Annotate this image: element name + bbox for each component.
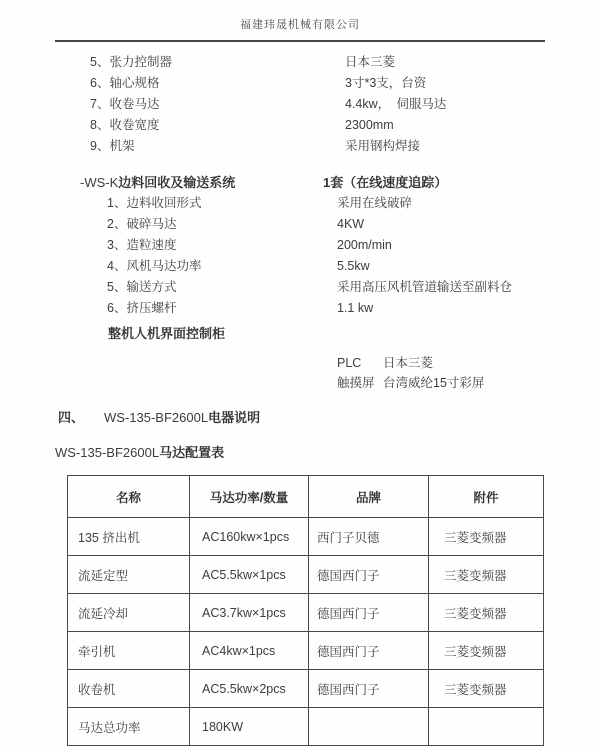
spec-label: 6、轴心规格 xyxy=(90,73,345,94)
edge-recycle-quantity: 1套（在线速度追踪） xyxy=(323,172,447,193)
table-cell xyxy=(429,708,544,746)
section-index: 四、 xyxy=(58,410,84,425)
spec-value: 200m/min xyxy=(337,235,565,256)
hmi-rows: PLC 日本三菱 触摸屏 台湾威纶15寸彩屏 xyxy=(337,354,565,393)
table-cell: 三菱变频器 xyxy=(429,518,544,556)
table-cell: AC160kw×1pcs xyxy=(190,518,309,556)
table-cell: 三菱变频器 xyxy=(429,632,544,670)
spec-label: 9、机架 xyxy=(90,136,345,157)
table-cell: 马达总功率 xyxy=(68,708,190,746)
spec-label: 5、张力控制器 xyxy=(90,52,345,73)
table-cell: AC5.5kw×1pcs xyxy=(190,556,309,594)
spec-row: 5、张力控制器 日本三菱 xyxy=(55,52,565,73)
table-cell: 德国西门子 xyxy=(309,594,429,632)
table-cell: 德国西门子 xyxy=(309,632,429,670)
table-cell: 德国西门子 xyxy=(309,556,429,594)
spec-row: 9、机架 采用钢构焊接 xyxy=(55,136,565,157)
spec-value: 3寸*3支，台资 xyxy=(345,73,565,94)
hmi-row: 触摸屏 台湾威纶15寸彩屏 xyxy=(337,374,565,394)
table-row: 135 挤出机 AC160kw×1pcs 西门子贝德 三菱变频器 xyxy=(68,518,544,556)
hmi-label: PLC xyxy=(337,354,383,374)
spec-row: 6、轴心规格 3寸*3支，台资 xyxy=(55,73,565,94)
table-header-row: 名称 马达功率/数量 品牌 附件 xyxy=(68,476,544,518)
table-header-cell: 附件 xyxy=(429,476,544,518)
hmi-row: PLC 日本三菱 xyxy=(337,354,565,374)
spec-value: 采用高压风机管道输送至副料仓 xyxy=(337,277,565,298)
spec-row: 1、边料收回形式 采用在线破碎 xyxy=(55,193,565,214)
document-page: 福建玮晟机械有限公司 5、张力控制器 日本三菱 6、轴心规格 3寸*3支，台资 … xyxy=(0,0,600,750)
page-header: 福建玮晟机械有限公司 xyxy=(55,0,545,42)
table-cell: 德国西门子 xyxy=(309,670,429,708)
table-header-cell: 马达功率/数量 xyxy=(190,476,309,518)
spec-row: 7、收卷马达 4.4kw， 伺服马达 xyxy=(55,94,565,115)
spec-value: 4KW xyxy=(337,214,565,235)
table-cell: 牵引机 xyxy=(68,632,190,670)
spec-label: 8、收卷宽度 xyxy=(90,115,345,136)
spec-row: 8、收卷宽度 2300mm xyxy=(55,115,565,136)
hmi-value: 台湾威纶15寸彩屏 xyxy=(383,374,484,394)
model-prefix: -WS-K xyxy=(80,175,118,190)
spec-label: 4、风机马达功率 xyxy=(107,256,337,277)
spec-label: 2、破碎马达 xyxy=(107,214,337,235)
model-number: WS-135-BF2600L xyxy=(104,410,208,425)
section-title: 电器说明 xyxy=(208,410,260,425)
model-number: WS-135-BF2600L xyxy=(55,445,159,460)
spec-row: 4、风机马达功率 5.5kw xyxy=(55,256,565,277)
table-cell: 流延定型 xyxy=(68,556,190,594)
table-row: 流延定型 AC5.5kw×1pcs 德国西门子 三菱变频器 xyxy=(68,556,544,594)
table-cell: 三菱变频器 xyxy=(429,670,544,708)
table-cell: 180KW xyxy=(190,708,309,746)
spec-value: 采用钢构焊接 xyxy=(345,136,565,157)
motor-config-table: 名称 马达功率/数量 品牌 附件 135 挤出机 AC160kw×1pcs 西门… xyxy=(67,475,544,746)
table-row: 牵引机 AC4kw×1pcs 德国西门子 三菱变频器 xyxy=(68,632,544,670)
spec-label: 6、挤压螺杆 xyxy=(107,298,337,319)
company-name: 福建玮晟机械有限公司 xyxy=(55,18,545,32)
motor-table-caption: WS-135-BF2600L马达配置表 xyxy=(55,444,565,462)
table-cell: AC3.7kw×1pcs xyxy=(190,594,309,632)
spec-row: 3、造粒速度 200m/min xyxy=(55,235,565,256)
spec-label: 3、造粒速度 xyxy=(107,235,337,256)
hmi-section-title: 整机人机界面控制柜 xyxy=(108,323,565,344)
caption-title: 马达配置表 xyxy=(159,445,224,460)
section-four-heading: 四、WS-135-BF2600L电器说明 xyxy=(58,409,565,427)
table-cell: 135 挤出机 xyxy=(68,518,190,556)
spec-value: 5.5kw xyxy=(337,256,565,277)
table-header-cell: 名称 xyxy=(68,476,190,518)
spec-value: 日本三菱 xyxy=(345,52,565,73)
edge-recycle-section: -WS-K边料回收及输送系统 1套（在线速度追踪） 1、边料收回形式 采用在线破… xyxy=(55,172,565,319)
table-cell xyxy=(309,708,429,746)
table-cell: 流延冷却 xyxy=(68,594,190,632)
table-cell: 收卷机 xyxy=(68,670,190,708)
spec-value: 2300mm xyxy=(345,115,565,136)
spec-value: 1.1 kw xyxy=(337,298,565,319)
spec-row: 5、输送方式 采用高压风机管道输送至副料仓 xyxy=(55,277,565,298)
table-cell: 三菱变频器 xyxy=(429,594,544,632)
spec-label: 7、收卷马达 xyxy=(90,94,345,115)
table-cell: 三菱变频器 xyxy=(429,556,544,594)
hmi-section: 整机人机界面控制柜 PLC 日本三菱 触摸屏 台湾威纶15寸彩屏 xyxy=(55,323,565,393)
edge-recycle-title: -WS-K边料回收及输送系统 xyxy=(80,172,323,193)
spec-label: 1、边料收回形式 xyxy=(107,193,337,214)
winding-spec-list: 5、张力控制器 日本三菱 6、轴心规格 3寸*3支，台资 7、收卷马达 4.4k… xyxy=(55,52,565,157)
document-body: 5、张力控制器 日本三菱 6、轴心规格 3寸*3支，台资 7、收卷马达 4.4k… xyxy=(0,52,600,746)
spec-value: 采用在线破碎 xyxy=(337,193,565,214)
spec-row: 6、挤压螺杆 1.1 kw xyxy=(55,298,565,319)
spec-label: 5、输送方式 xyxy=(107,277,337,298)
table-cell: AC5.5kw×2pcs xyxy=(190,670,309,708)
table-row: 收卷机 AC5.5kw×2pcs 德国西门子 三菱变频器 xyxy=(68,670,544,708)
hmi-label: 触摸屏 xyxy=(337,374,383,394)
edge-recycle-items: 1、边料收回形式 采用在线破碎 2、破碎马达 4KW 3、造粒速度 200m/m… xyxy=(55,193,565,319)
spec-value: 4.4kw， 伺服马达 xyxy=(345,94,565,115)
table-row: 马达总功率 180KW xyxy=(68,708,544,746)
table-row: 流延冷却 AC3.7kw×1pcs 德国西门子 三菱变频器 xyxy=(68,594,544,632)
edge-recycle-heading: -WS-K边料回收及输送系统 1套（在线速度追踪） xyxy=(55,172,565,193)
hmi-value: 日本三菱 xyxy=(383,354,433,374)
spec-row: 2、破碎马达 4KW xyxy=(55,214,565,235)
table-cell: 西门子贝德 xyxy=(309,518,429,556)
table-header-cell: 品牌 xyxy=(309,476,429,518)
table-cell: AC4kw×1pcs xyxy=(190,632,309,670)
